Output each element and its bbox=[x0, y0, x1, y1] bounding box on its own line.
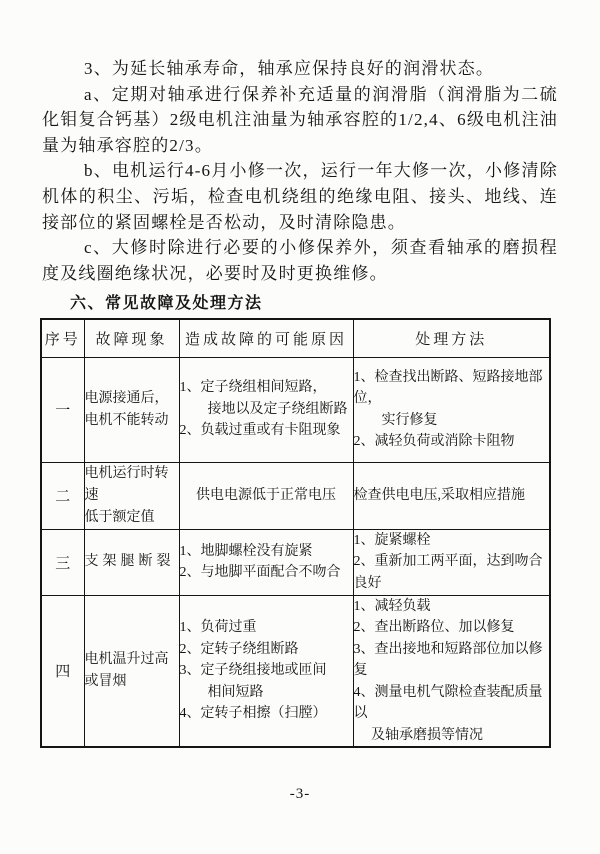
column-header: 序号 bbox=[41, 319, 84, 357]
text-line: 接地以及定子绕组断路 bbox=[180, 399, 353, 421]
remedy-cell: 检查供电电压,采取相应措施 bbox=[353, 462, 550, 529]
cause-cell: 供电电源低于正常电压 bbox=[179, 462, 353, 529]
row-number-cell: 二 bbox=[41, 462, 84, 529]
text-line: 2、查出断路位、加以修复 bbox=[354, 617, 550, 639]
text-line: 电机温升过高 bbox=[85, 649, 179, 671]
text-line: 2、减轻负荷或消除卡阻物 bbox=[354, 431, 550, 453]
text-line: 1、负荷过重 bbox=[180, 617, 353, 639]
remedy-cell: 1、减轻负载2、查出断路位、加以修复3、查出接地和短路部位加以修复4、测量电机气… bbox=[353, 595, 550, 747]
text-line: 或冒烟 bbox=[85, 671, 179, 693]
document-page: 3、为延长轴承寿命，轴承应保持良好的润滑状态。a、定期对轴承进行保养补充适量的润… bbox=[0, 0, 600, 854]
remedy-cell: 1、旋紧螺栓2、重新加工两平面，达到吻合良好 bbox=[353, 529, 550, 595]
text-line: 4、测量电机气隙检查装配质量以 bbox=[354, 682, 550, 725]
table-body: 一电源接通后，电机不能转动1、定子绕组相间短路， 接地以及定子绕组断路2、负载过… bbox=[41, 357, 550, 747]
table-row: 二电机运行时转速低于额定值供电电源低于正常电压检查供电电压,采取相应措施 bbox=[41, 462, 550, 529]
cause-cell: 1、定子绕组相间短路， 接地以及定子绕组断路2、负载过重或有卡阻现象 bbox=[179, 357, 353, 462]
text-line: 3、查出接地和短路部位加以修复 bbox=[354, 639, 550, 682]
column-header: 造成故障的可能原因 bbox=[179, 319, 353, 357]
row-number-cell: 一 bbox=[41, 357, 84, 462]
text-line: 电源接通后， bbox=[85, 388, 179, 410]
text-line: 1、减轻负载 bbox=[354, 596, 550, 618]
text-line: 1、地脚螺栓没有旋紧 bbox=[180, 541, 353, 563]
section-heading: 六、常见故障及处理方法 bbox=[42, 290, 558, 313]
text-line: 1、检查找出断路、短路接地部位， bbox=[354, 367, 550, 410]
phenomenon-cell: 电机运行时转速低于额定值 bbox=[84, 462, 179, 529]
paragraph: a、定期对轴承进行保养补充适量的润滑脂（润滑脂为二硫化钼复合钙基）2级电机注油量… bbox=[42, 82, 558, 159]
table-row: 一电源接通后，电机不能转动1、定子绕组相间短路， 接地以及定子绕组断路2、负载过… bbox=[41, 357, 550, 462]
cause-cell: 1、负荷过重2、定转子绕组断路3、定子绕组接地或匝间 相间短路4、定转子相擦（扫… bbox=[179, 595, 353, 747]
row-number-cell: 四 bbox=[41, 595, 84, 747]
column-header: 处理方法 bbox=[353, 319, 550, 357]
maintenance-instructions: 3、为延长轴承寿命，轴承应保持良好的润滑状态。a、定期对轴承进行保养补充适量的润… bbox=[42, 56, 558, 286]
text-line: 电机不能转动 bbox=[85, 410, 179, 432]
text-line: 及轴承磨损等情况 bbox=[354, 725, 550, 747]
remedy-cell: 1、检查找出断路、短路接地部位， 实行修复2、减轻负荷或消除卡阻物 bbox=[353, 357, 550, 462]
text-line: 1、定子绕组相间短路， bbox=[180, 377, 353, 399]
table-header-row: 序号故障现象造成故障的可能原因处理方法 bbox=[41, 319, 550, 357]
text-line: 实行修复 bbox=[354, 410, 550, 432]
table-row: 三支架腿断裂1、地脚螺栓没有旋紧2、与地脚平面配合不吻合1、旋紧螺栓2、重新加工… bbox=[41, 529, 550, 595]
column-header: 故障现象 bbox=[84, 319, 179, 357]
text-line: 2、负载过重或有卡阻现象 bbox=[180, 420, 353, 442]
text-line: 相间短路 bbox=[180, 682, 353, 704]
paragraph: c、大修时除进行必要的小修保养外，须查看轴承的磨损程度及线圈绝缘状况，必要时及时… bbox=[42, 235, 558, 286]
text-line: 供电电源低于正常电压 bbox=[180, 485, 353, 507]
paragraph: b、电机运行4-6月小修一次，运行一年大修一次，小修清除机体的积尘、污垢，检查电… bbox=[42, 158, 558, 235]
text-line: 2、与地脚平面配合不吻合 bbox=[180, 562, 353, 584]
text-line: 2、重新加工两平面，达到吻合良好 bbox=[354, 551, 550, 594]
phenomenon-cell: 支架腿断裂 bbox=[84, 529, 179, 595]
cause-cell: 1、地脚螺栓没有旋紧2、与地脚平面配合不吻合 bbox=[179, 529, 353, 595]
table-row: 四电机温升过高或冒烟1、负荷过重2、定转子绕组断路3、定子绕组接地或匝间 相间短… bbox=[41, 595, 550, 747]
text-line: 1、旋紧螺栓 bbox=[354, 530, 550, 552]
text-line: 电机运行时转速 bbox=[85, 463, 179, 507]
text-line: 4、定转子相擦（扫膛） bbox=[180, 703, 353, 725]
page-number: -3- bbox=[0, 786, 600, 803]
fault-table: 序号故障现象造成故障的可能原因处理方法 一电源接通后，电机不能转动1、定子绕组相… bbox=[40, 318, 551, 748]
row-number-cell: 三 bbox=[41, 529, 84, 595]
phenomenon-cell: 电机温升过高或冒烟 bbox=[84, 595, 179, 747]
phenomenon-cell: 电源接通后，电机不能转动 bbox=[84, 357, 179, 462]
text-line: 2、定转子绕组断路 bbox=[180, 639, 353, 661]
text-line: 3、定子绕组接地或匝间 bbox=[180, 660, 353, 682]
text-line: 低于额定值 bbox=[85, 507, 179, 529]
paragraph: 3、为延长轴承寿命，轴承应保持良好的润滑状态。 bbox=[42, 56, 558, 82]
text-line: 检查供电电压,采取相应措施 bbox=[354, 485, 550, 507]
text-line: 支架腿断裂 bbox=[85, 551, 179, 573]
